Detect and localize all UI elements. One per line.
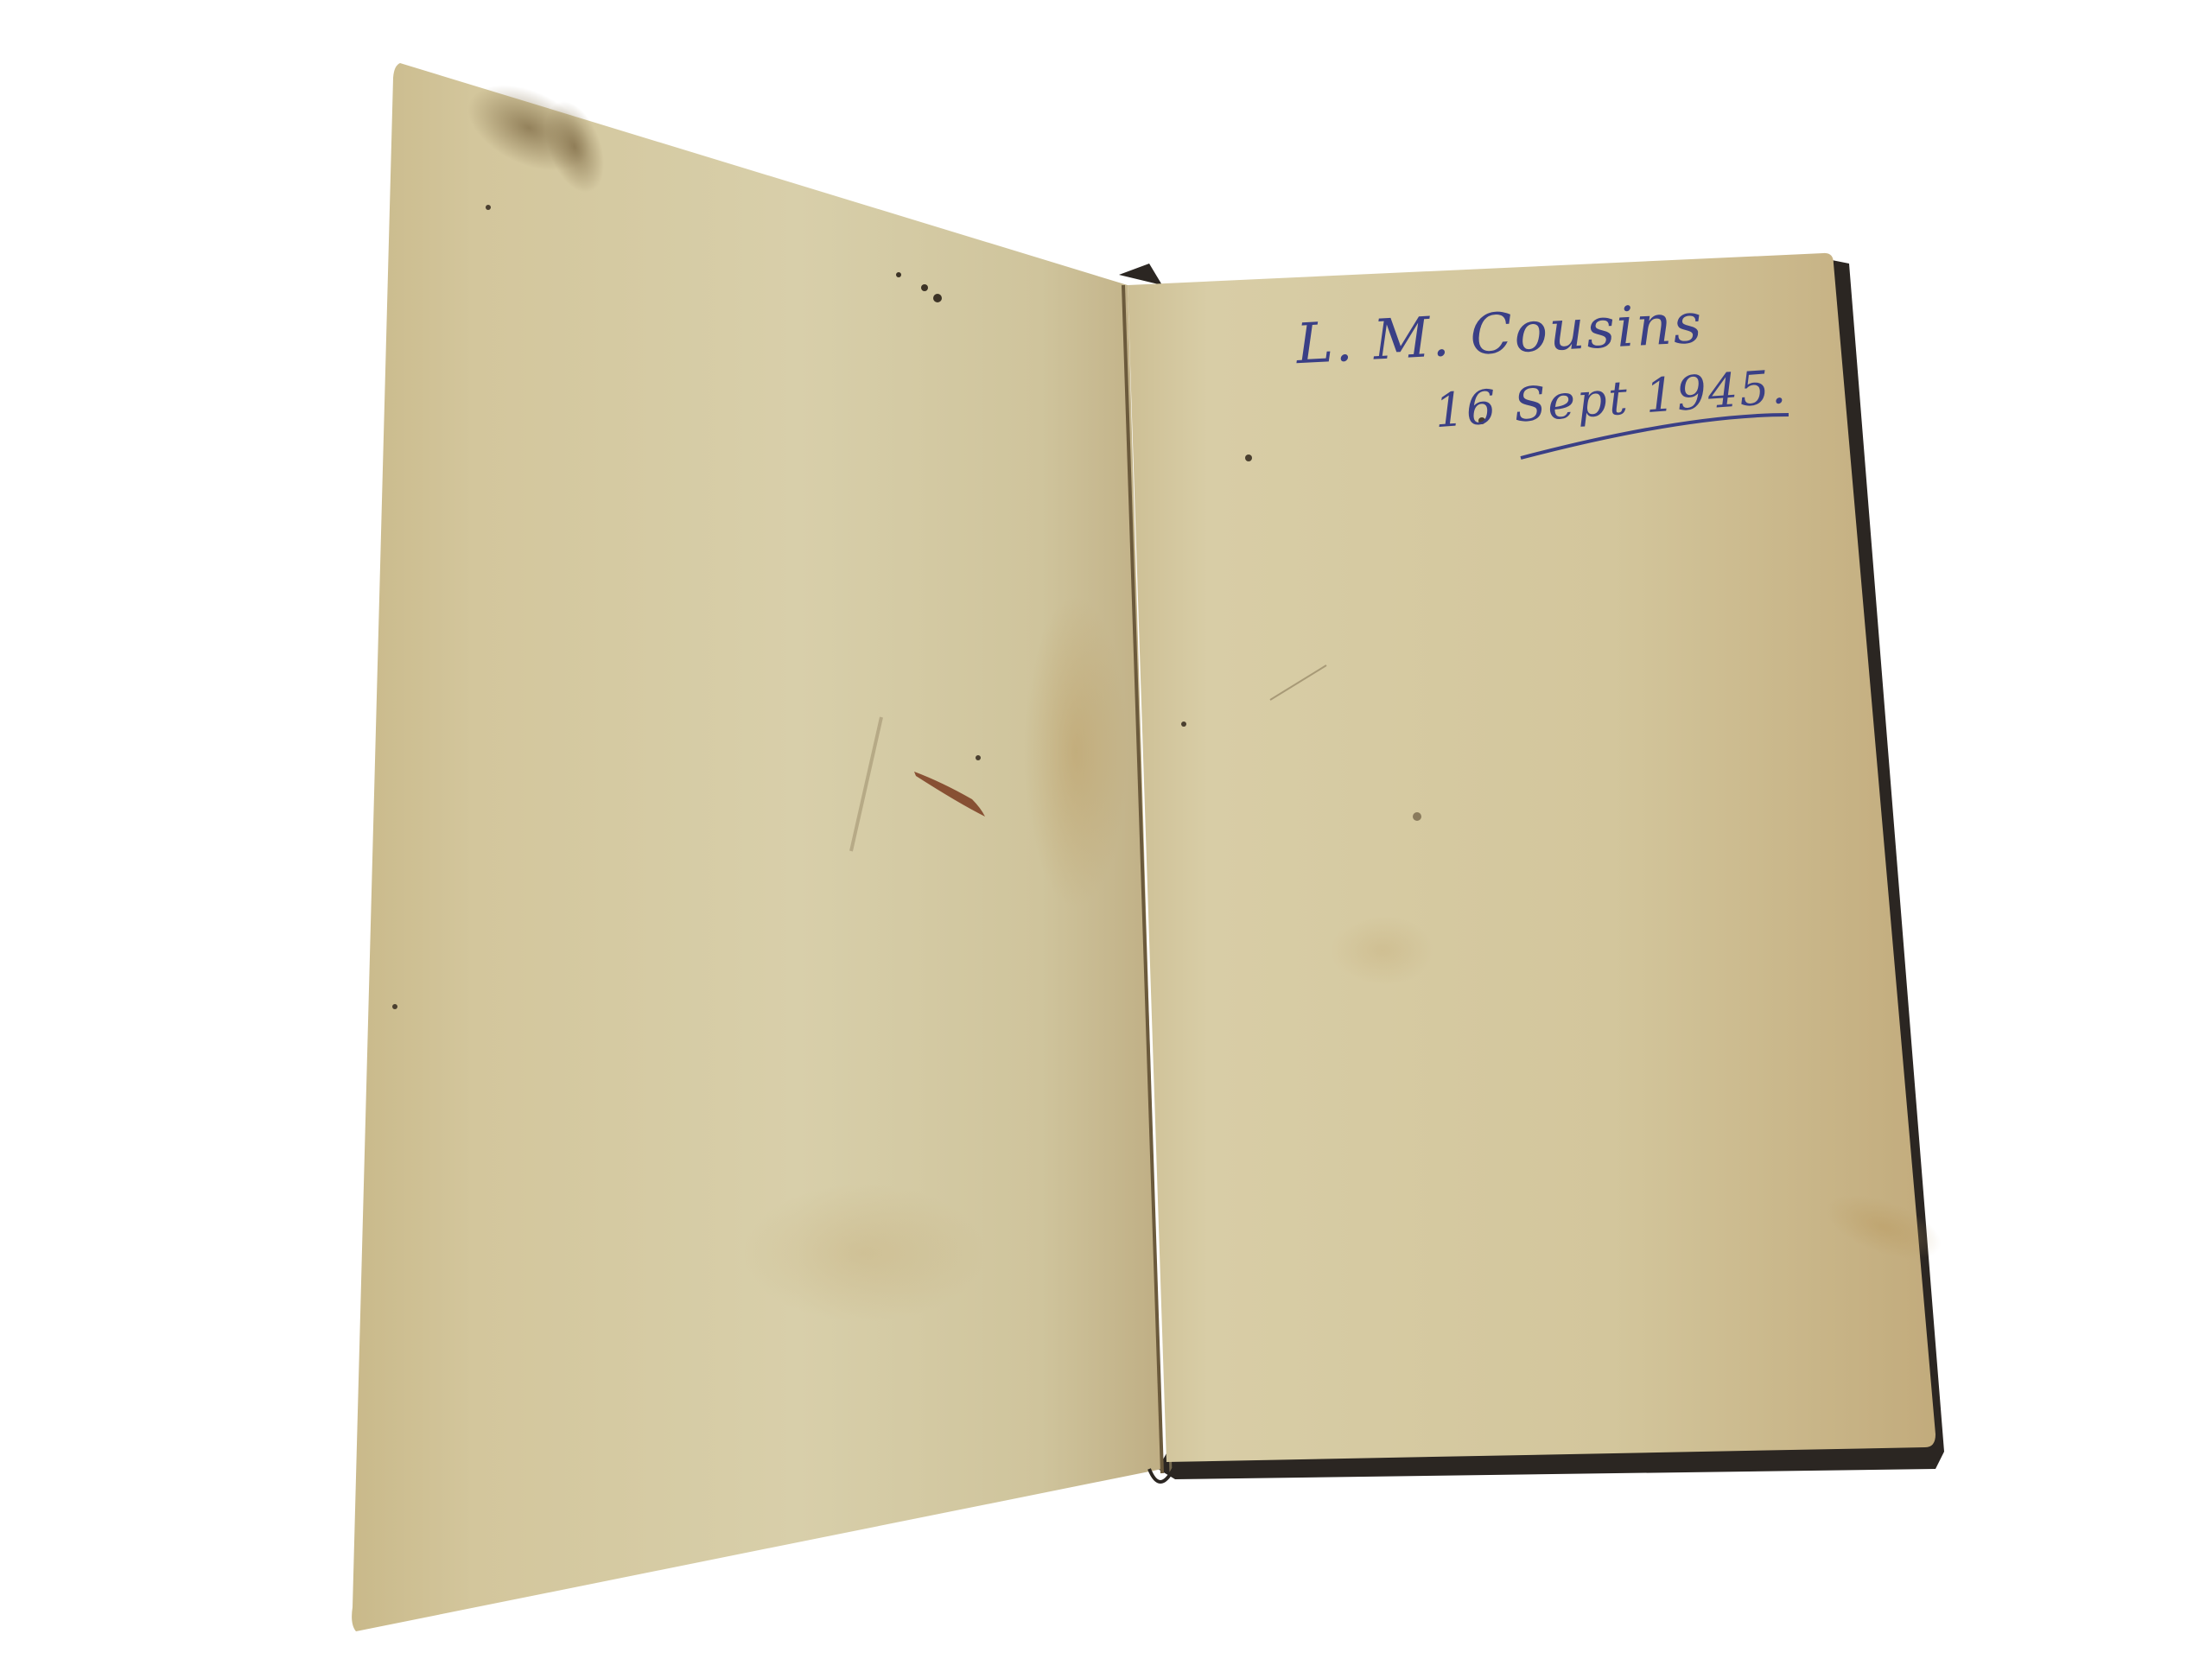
left-page (352, 63, 1162, 1631)
open-book-illustration (0, 0, 2212, 1659)
book-photo: L. M. Cousins 16 Sept 1945. (0, 0, 2212, 1659)
right-page (1128, 253, 1949, 1462)
